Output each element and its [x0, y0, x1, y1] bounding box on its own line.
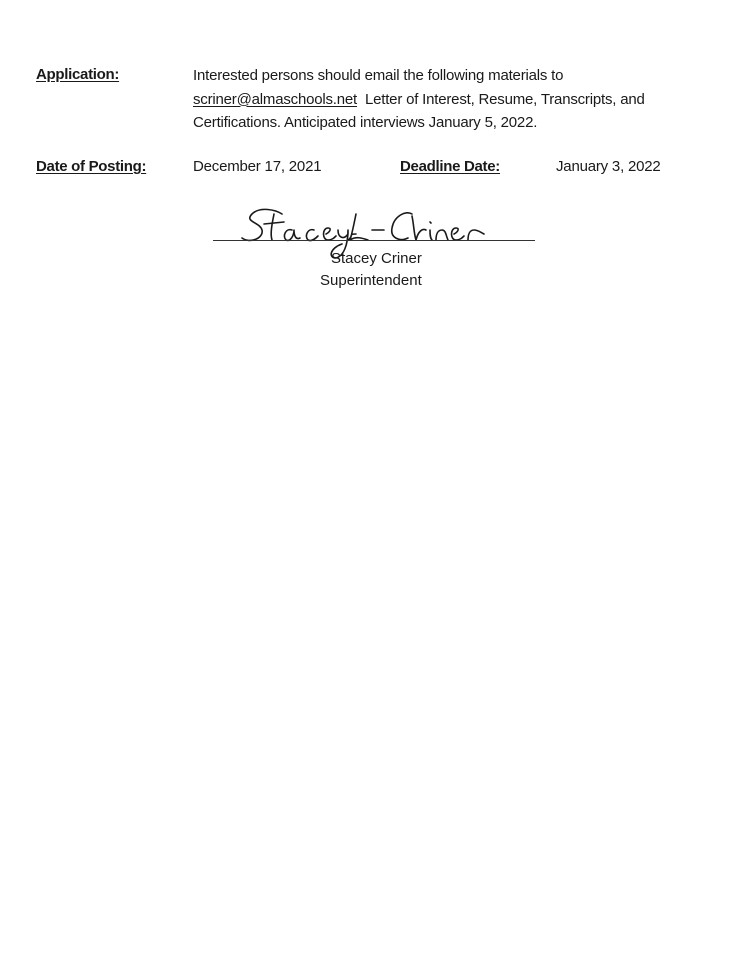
application-text: Interested persons should email the foll… — [193, 64, 713, 135]
application-line-2: scriner@almaschools.net Letter of Intere… — [193, 88, 713, 112]
application-label: Application: — [36, 66, 119, 83]
email-link[interactable]: scriner@almaschools.net — [193, 91, 357, 108]
date-of-posting-label: Date of Posting: — [36, 158, 146, 175]
signatory-name: Stacey Criner — [331, 250, 422, 267]
date-of-posting-value: December 17, 2021 — [193, 158, 321, 175]
signature-line — [213, 240, 535, 241]
deadline-date-label: Deadline Date: — [400, 158, 500, 175]
application-line-1: Interested persons should email the foll… — [193, 64, 713, 88]
materials-list: Letter of Interest, Resume, Transcripts,… — [357, 91, 645, 108]
deadline-date-value: January 3, 2022 — [556, 158, 661, 175]
signatory-title: Superintendent — [320, 272, 422, 289]
application-line-3: Certifications. Anticipated interviews J… — [193, 111, 713, 135]
